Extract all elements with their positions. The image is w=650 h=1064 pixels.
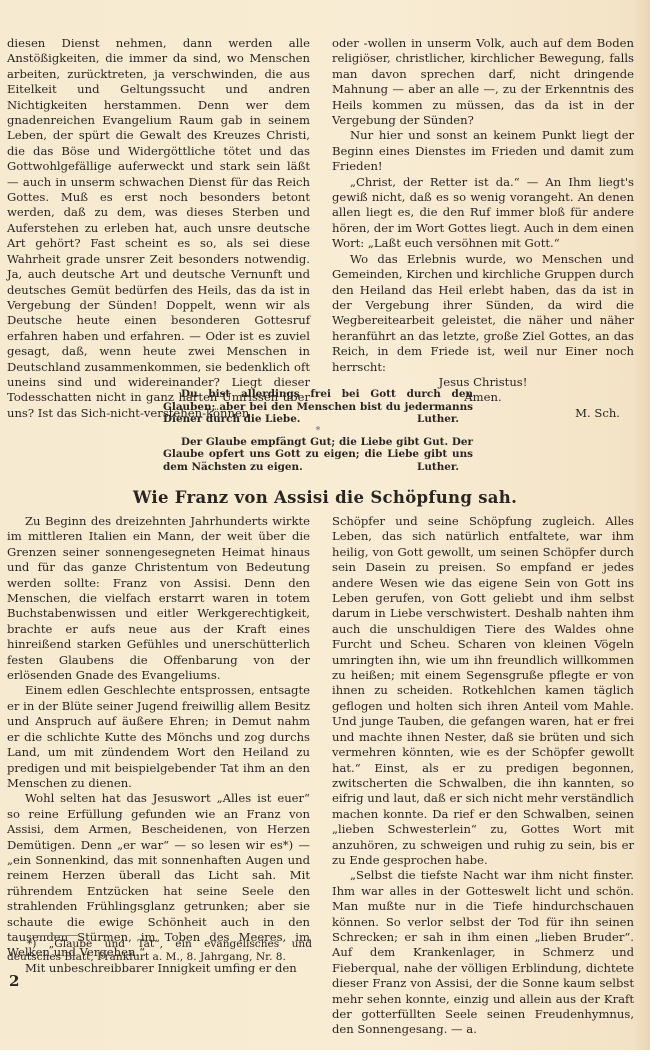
article2-column-left: Zu Beginn des dreizehnten Jahrhunderts w… bbox=[7, 514, 310, 976]
paragraph: diesen Dienst nehmen, dann werden alle A… bbox=[7, 36, 310, 421]
paragraph: Zu Beginn des dreizehnten Jahrhunderts w… bbox=[7, 514, 310, 683]
paragraph: Einem edlen Geschlechte entsprossen, ent… bbox=[7, 683, 310, 791]
paragraph: Wo das Erlebnis wurde, wo Menschen und G… bbox=[332, 252, 634, 375]
article2-column-right: Schöpfer und seine Schöpfung zugleich. A… bbox=[332, 514, 634, 1038]
book-page: diesen Dienst nehmen, dann werden alle A… bbox=[0, 0, 650, 1050]
paragraph: oder -wollen in unserm Volk, auch auf de… bbox=[332, 36, 634, 128]
paragraph: „Selbst die tiefste Nacht war ihm nicht … bbox=[332, 868, 634, 1037]
page-number: 2 bbox=[9, 972, 19, 990]
footnote: *) „Glaube und Tat“, ein evangelisches u… bbox=[7, 938, 312, 964]
footnote-rule bbox=[32, 935, 80, 936]
article-title: Wie Franz von Assisi die Schöpfung sah. bbox=[0, 488, 650, 507]
paragraph: Schöpfer und seine Schöpfung zugleich. A… bbox=[332, 514, 634, 868]
article1-column-right: oder -wollen in unserm Volk, auch auf de… bbox=[332, 36, 634, 421]
paragraph: Nur hier und sonst an keinem Punkt liegt… bbox=[332, 128, 634, 174]
paragraph: „Christ, der Retter ist da.“ — An Ihm li… bbox=[332, 175, 634, 252]
article1-column-left: diesen Dienst nehmen, dann werden alle A… bbox=[7, 36, 310, 421]
separator-star: * bbox=[163, 426, 473, 436]
luther-quotes: Du bist allerdings frei bei Gott durch d… bbox=[163, 388, 473, 474]
